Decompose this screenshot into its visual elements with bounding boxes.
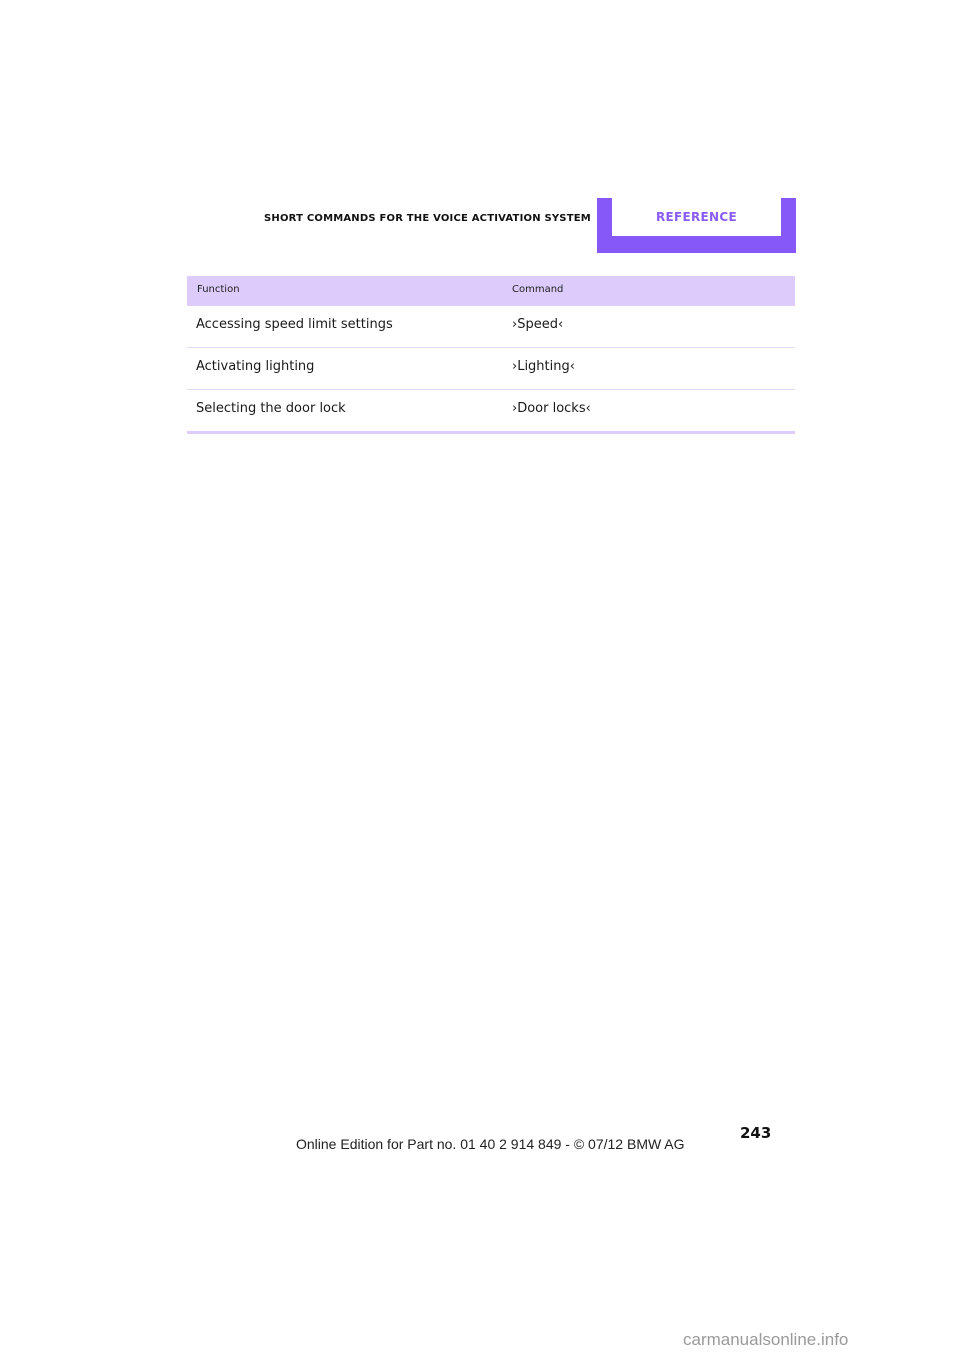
table-row: Activating lighting ›Lighting‹ xyxy=(187,348,795,390)
reference-tab-inner: REFERENCE xyxy=(612,198,781,236)
page-number: 243 xyxy=(740,1124,771,1142)
function-cell: Activating lighting xyxy=(196,359,314,374)
reference-tab-label: REFERENCE xyxy=(656,210,737,224)
column-header-function: Function xyxy=(197,284,240,295)
table-row: Accessing speed limit settings ›Speed‹ xyxy=(187,306,795,348)
reference-tab: REFERENCE xyxy=(597,198,796,253)
command-cell: ›Speed‹ xyxy=(512,317,563,332)
command-cell: ›Door locks‹ xyxy=(512,401,591,416)
watermark: carmanualsonline.info xyxy=(683,1330,848,1350)
function-cell: Accessing speed limit settings xyxy=(196,317,393,332)
table-header: Function Command xyxy=(187,276,795,306)
command-cell: ›Lighting‹ xyxy=(512,359,575,374)
column-header-command: Command xyxy=(512,284,563,295)
footer-edition-note: Online Edition for Part no. 01 40 2 914 … xyxy=(296,1136,685,1152)
table-row: Selecting the door lock ›Door locks‹ xyxy=(187,390,795,434)
commands-table: Function Command Accessing speed limit s… xyxy=(187,276,795,434)
section-title: SHORT COMMANDS FOR THE VOICE ACTIVATION … xyxy=(264,213,591,224)
function-cell: Selecting the door lock xyxy=(196,401,346,416)
